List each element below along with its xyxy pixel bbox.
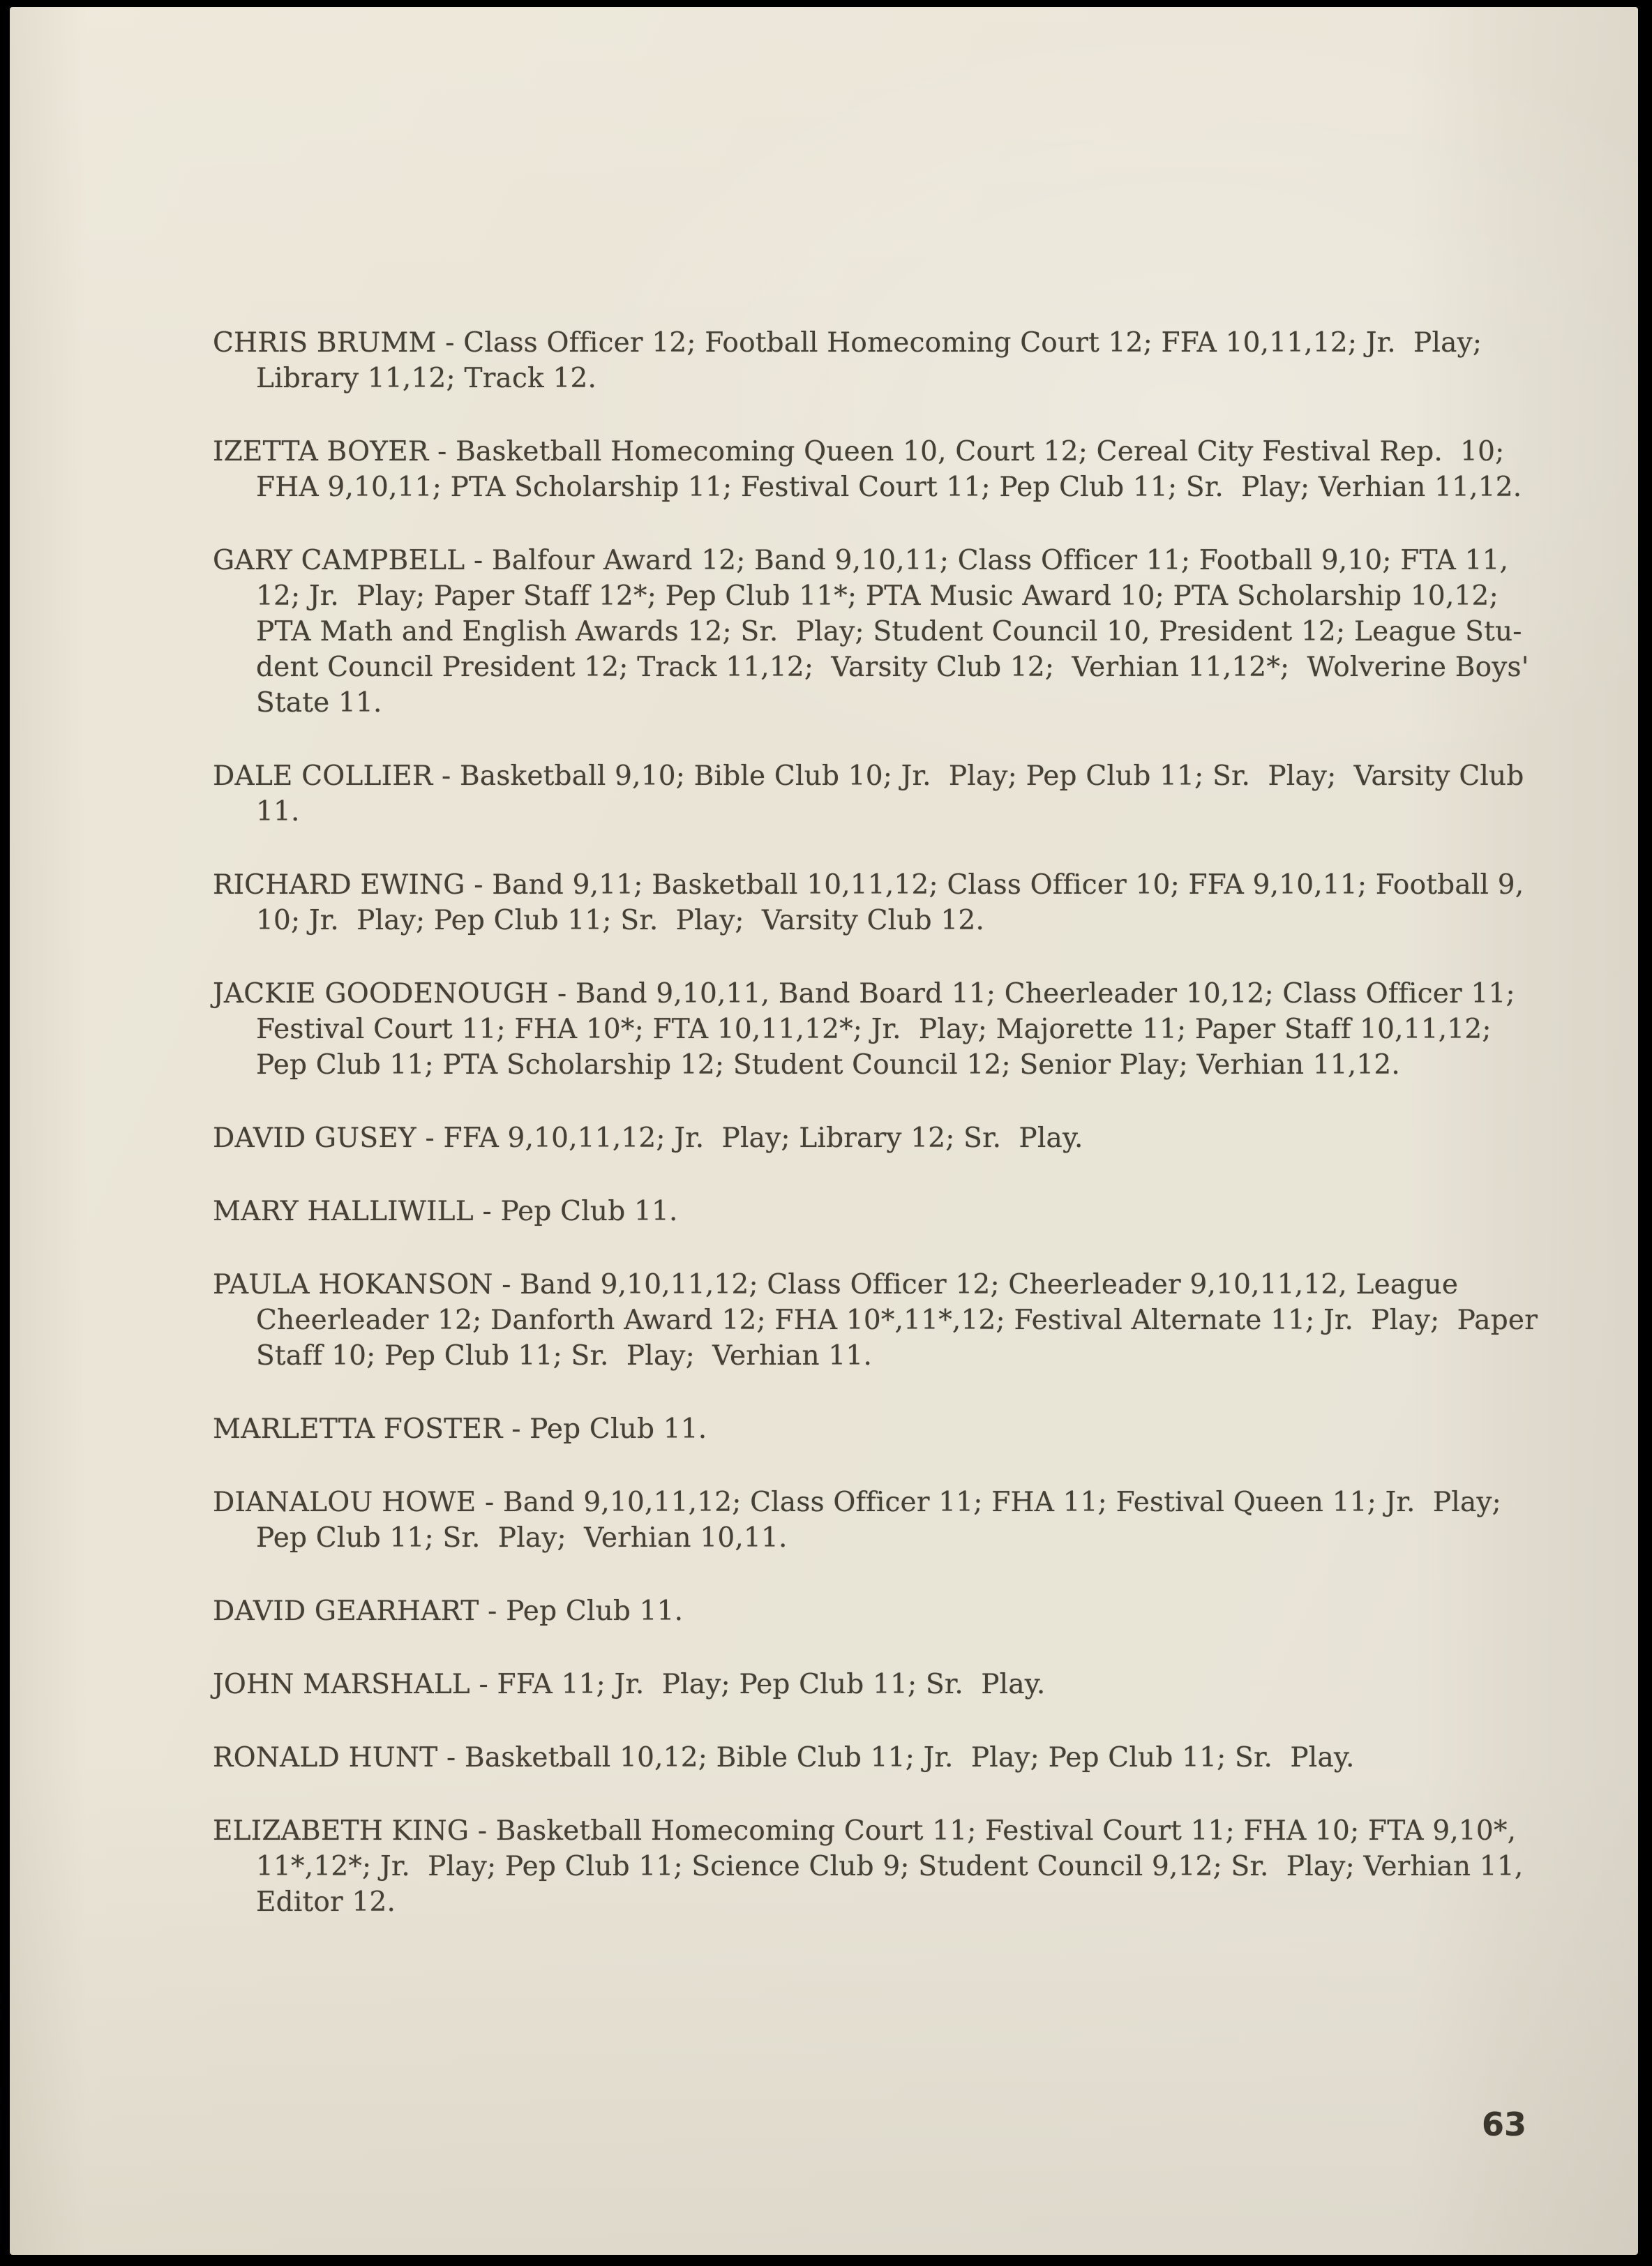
- entry-continuation-line: 10; Jr. Play; Pep Club 11; Sr. Play; Var…: [213, 903, 1469, 938]
- entry-first-line: JOHN MARSHALL - FFA 11; Jr. Play; Pep Cl…: [213, 1667, 1469, 1702]
- entry: DAVID GEARHART - Pep Club 11.: [213, 1593, 1469, 1629]
- entry-name: RICHARD EWING: [213, 869, 465, 901]
- entry-name: RONALD HUNT: [213, 1742, 437, 1773]
- entry-first-line: IZETTA BOYER - Basketball Homecoming Que…: [213, 434, 1469, 470]
- entry-first-line: GARY CAMPBELL - Balfour Award 12; Band 9…: [213, 543, 1469, 578]
- entry-continuation-line: Library 11,12; Track 12.: [213, 361, 1469, 396]
- entry-first-line: CHRIS BRUMM - Class Officer 12; Football…: [213, 325, 1469, 361]
- entry-activities: - Band 9,10,11,12; Class Officer 11; FHA…: [476, 1487, 1501, 1518]
- entry-name: DAVID GUSEY: [213, 1123, 416, 1154]
- entry-activities: - Band 9,10,11,12; Class Officer 12; Che…: [493, 1269, 1459, 1300]
- entry-activities: - FFA 9,10,11,12; Jr. Play; Library 12; …: [416, 1123, 1083, 1154]
- entry-first-line: MARLETTA FOSTER - Pep Club 11.: [213, 1411, 1469, 1447]
- entry-name: JOHN MARSHALL: [213, 1669, 470, 1700]
- entry-first-line: PAULA HOKANSON - Band 9,10,11,12; Class …: [213, 1267, 1469, 1303]
- entry: DALE COLLIER - Basketball 9,10; Bible Cl…: [213, 758, 1469, 830]
- entry-continuation-line: 12; Jr. Play; Paper Staff 12*; Pep Club …: [213, 578, 1469, 614]
- entry-continuation-line: State 11.: [213, 685, 1469, 721]
- entry-first-line: DIANALOU HOWE - Band 9,10,11,12; Class O…: [213, 1485, 1469, 1520]
- entry-name: GARY CAMPBELL: [213, 545, 465, 576]
- entry-activities: - Band 9,10,11, Band Board 11; Cheerlead…: [548, 978, 1515, 1010]
- entry-continuation-line: Festival Court 11; FHA 10*; FTA 10,11,12…: [213, 1012, 1469, 1047]
- entry: RONALD HUNT - Basketball 10,12; Bible Cl…: [213, 1740, 1469, 1776]
- entry-name: IZETTA BOYER: [213, 436, 429, 467]
- entry-activities: - Basketball 10,12; Bible Club 11; Jr. P…: [437, 1742, 1354, 1773]
- entry: GARY CAMPBELL - Balfour Award 12; Band 9…: [213, 543, 1469, 721]
- entry-first-line: DALE COLLIER - Basketball 9,10; Bible Cl…: [213, 758, 1469, 794]
- entry: MARY HALLIWILL - Pep Club 11.: [213, 1194, 1469, 1229]
- entry-activities: - Pep Club 11.: [503, 1413, 707, 1445]
- entry-first-line: MARY HALLIWILL - Pep Club 11.: [213, 1194, 1469, 1229]
- page-number: 63: [1482, 2106, 1526, 2143]
- entry: DAVID GUSEY - FFA 9,10,11,12; Jr. Play; …: [213, 1120, 1469, 1156]
- entry-activities: - Basketball Homecoming Court 11; Festiv…: [469, 1815, 1516, 1847]
- entry-activities: - Basketball 9,10; Bible Club 10; Jr. Pl…: [433, 760, 1524, 792]
- entry-activities: - Balfour Award 12; Band 9,10,11; Class …: [465, 545, 1508, 576]
- entry-name: ELIZABETH KING: [213, 1815, 469, 1847]
- entry-name: DALE COLLIER: [213, 760, 433, 792]
- entry-activities: - Class Officer 12; Football Homecoming …: [437, 327, 1482, 359]
- entry-first-line: DAVID GUSEY - FFA 9,10,11,12; Jr. Play; …: [213, 1120, 1469, 1156]
- entry-name: MARLETTA FOSTER: [213, 1413, 503, 1445]
- entry: JOHN MARSHALL - FFA 11; Jr. Play; Pep Cl…: [213, 1667, 1469, 1702]
- entry-continuation-line: dent Council President 12; Track 11,12; …: [213, 650, 1469, 685]
- entry-continuation-line: 11.: [213, 794, 1469, 830]
- entry-first-line: RICHARD EWING - Band 9,11; Basketball 10…: [213, 867, 1469, 903]
- entry-name: JACKIE GOODENOUGH: [213, 978, 548, 1010]
- entry-continuation-line: Staff 10; Pep Club 11; Sr. Play; Verhian…: [213, 1338, 1469, 1374]
- entry-activities: - Pep Club 11.: [474, 1196, 678, 1227]
- entry-activities: - FFA 11; Jr. Play; Pep Club 11; Sr. Pla…: [470, 1669, 1046, 1700]
- entry: RICHARD EWING - Band 9,11; Basketball 10…: [213, 867, 1469, 938]
- entry: MARLETTA FOSTER - Pep Club 11.: [213, 1411, 1469, 1447]
- entry-activities: - Band 9,11; Basketball 10,11,12; Class …: [465, 869, 1524, 901]
- entry-activities: - Pep Club 11.: [479, 1596, 684, 1627]
- entry: ELIZABETH KING - Basketball Homecoming C…: [213, 1813, 1469, 1920]
- entry-name: DAVID GEARHART: [213, 1596, 479, 1627]
- entry: IZETTA BOYER - Basketball Homecoming Que…: [213, 434, 1469, 505]
- entry-continuation-line: PTA Math and English Awards 12; Sr. Play…: [213, 614, 1469, 650]
- entry: PAULA HOKANSON - Band 9,10,11,12; Class …: [213, 1267, 1469, 1374]
- entry-first-line: ELIZABETH KING - Basketball Homecoming C…: [213, 1813, 1469, 1849]
- entry-continuation-line: FHA 9,10,11; PTA Scholarship 11; Festiva…: [213, 470, 1469, 505]
- activities-list: CHRIS BRUMM - Class Officer 12; Football…: [213, 325, 1469, 1958]
- entry-name: CHRIS BRUMM: [213, 327, 437, 359]
- entry: JACKIE GOODENOUGH - Band 9,10,11, Band B…: [213, 976, 1469, 1083]
- entry-name: PAULA HOKANSON: [213, 1269, 493, 1300]
- entry-continuation-line: Editor 12.: [213, 1884, 1469, 1920]
- entry-continuation-line: Pep Club 11; Sr. Play; Verhian 10,11.: [213, 1520, 1469, 1556]
- scanned-page: CHRIS BRUMM - Class Officer 12; Football…: [10, 7, 1638, 2255]
- entry-name: DIANALOU HOWE: [213, 1487, 476, 1518]
- entry-activities: - Basketball Homecoming Queen 10, Court …: [429, 436, 1505, 467]
- entry: CHRIS BRUMM - Class Officer 12; Football…: [213, 325, 1469, 396]
- entry-first-line: RONALD HUNT - Basketball 10,12; Bible Cl…: [213, 1740, 1469, 1776]
- entry-continuation-line: Pep Club 11; PTA Scholarship 12; Student…: [213, 1047, 1469, 1083]
- entry-first-line: DAVID GEARHART - Pep Club 11.: [213, 1593, 1469, 1629]
- entry-continuation-line: Cheerleader 12; Danforth Award 12; FHA 1…: [213, 1303, 1469, 1338]
- entry-name: MARY HALLIWILL: [213, 1196, 474, 1227]
- entry-continuation-line: 11*,12*; Jr. Play; Pep Club 11; Science …: [213, 1849, 1469, 1884]
- entry: DIANALOU HOWE - Band 9,10,11,12; Class O…: [213, 1485, 1469, 1556]
- entry-first-line: JACKIE GOODENOUGH - Band 9,10,11, Band B…: [213, 976, 1469, 1012]
